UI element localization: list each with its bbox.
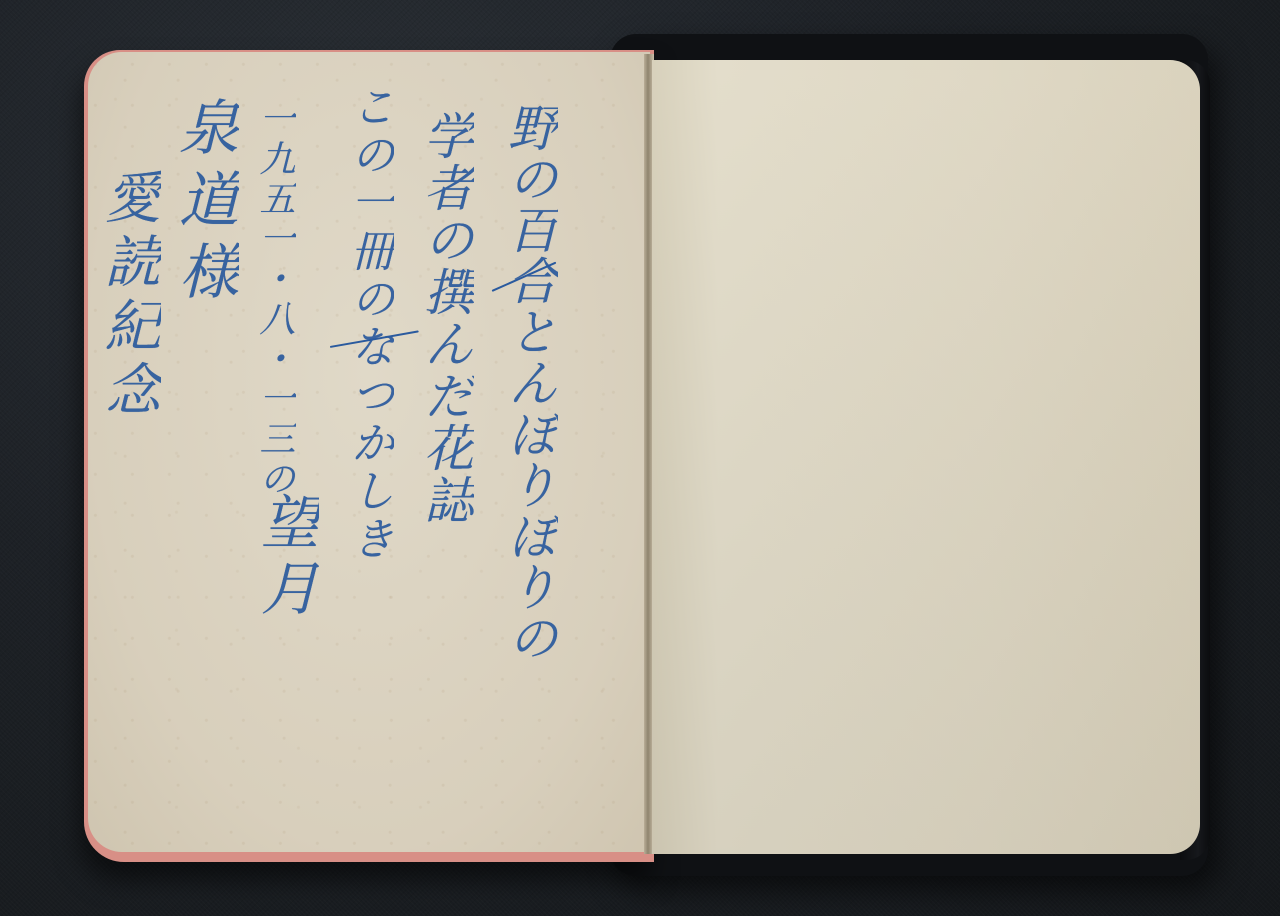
- handwriting-signature: 望月: [256, 492, 314, 624]
- photo-scene: 野の百合とんぼりぼりの 学者の撰んだ花誌 この一冊のなつかしき 一九五一・八・一…: [0, 0, 1280, 916]
- handwriting-date-column: 一九五一・八・一三の: [256, 100, 292, 500]
- right-page-blank: [652, 60, 1200, 854]
- handwriting-dedication: 愛読紀念: [100, 168, 156, 424]
- handwriting-recipient: 泉道様: [174, 96, 234, 312]
- right-page-shading: [652, 60, 1200, 854]
- handwriting-column-2: 学者の撰んだ花誌: [420, 110, 470, 526]
- handwriting-column-3: この一冊のなつかしき: [346, 84, 390, 564]
- handwriting-column-1: 野の百合とんぼりぼりの: [504, 102, 554, 663]
